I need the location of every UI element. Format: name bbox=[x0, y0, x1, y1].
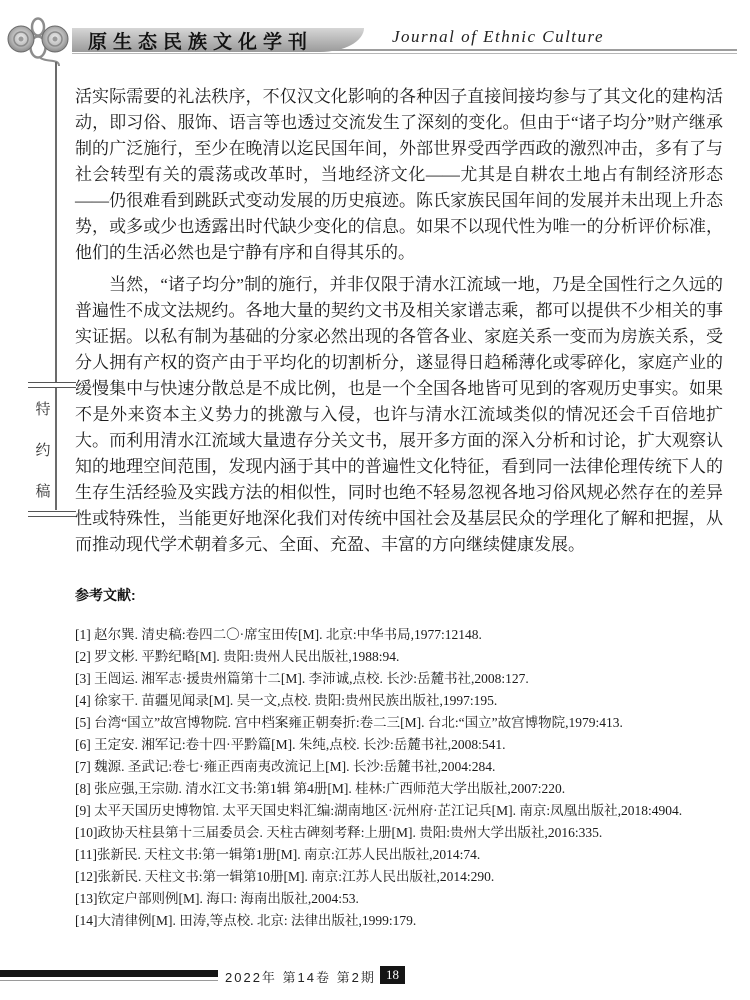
issue-info: 2022年 第14卷 第2期 bbox=[225, 967, 376, 986]
reference-item: [9] 太平天国历史博物馆. 太平天国史料汇编:湖南地区·沅州府·芷江记兵[M]… bbox=[75, 800, 725, 822]
reference-item: [14]大清律例[M]. 田涛,等点校. 北京: 法律出版社,1999:179. bbox=[75, 910, 725, 932]
column-label-char: 约 bbox=[28, 429, 58, 470]
column-label-text: 特 约 稿 bbox=[28, 388, 58, 511]
reference-item: [2] 罗文彬. 平黔纪略[M]. 贵阳:贵州人民出版社,1988:94. bbox=[75, 646, 725, 668]
column-label-char: 稿 bbox=[28, 470, 58, 511]
references-heading: 参考文献: bbox=[75, 585, 725, 605]
footer-bar-underline bbox=[0, 980, 218, 981]
journal-title-banner: 原生态民族文化学刊 bbox=[72, 28, 320, 52]
reference-item: [7] 魏源. 圣武记:卷七·雍正西南夷改流记上[M]. 长沙:岳麓书社,200… bbox=[75, 756, 725, 778]
references-section: 参考文献: [1] 赵尔巽. 清史稿:卷四二〇·席宝田传[M]. 北京:中华书局… bbox=[75, 585, 725, 932]
journal-title-zh: 原生态民族文化学刊 bbox=[88, 27, 313, 54]
reference-item: [11]张新民. 天柱文书:第一辑第1册[M]. 南京:江苏人民出版社,2014… bbox=[75, 844, 725, 866]
column-label-bottom-rule bbox=[28, 511, 76, 517]
reference-item: [12]张新民. 天柱文书:第一辑第10册[M]. 南京:江苏人民出版社,201… bbox=[75, 866, 725, 888]
reference-item: [13]钦定户部则例[M]. 海口: 海南出版社,2004:53. bbox=[75, 888, 725, 910]
reference-item: [1] 赵尔巽. 清史稿:卷四二〇·席宝田传[M]. 北京:中华书局,1977:… bbox=[75, 624, 725, 646]
journal-logo-icon bbox=[4, 16, 74, 68]
references-list: [1] 赵尔巽. 清史稿:卷四二〇·席宝田传[M]. 北京:中华书局,1977:… bbox=[75, 624, 725, 932]
reference-item: [5] 台湾“国立”故宫博物院. 宫中档案雍正朝奏折:卷二三[M]. 台北:“国… bbox=[75, 712, 725, 734]
reference-item: [6] 王定安. 湘军记:卷十四·平黔篇[M]. 朱纯,点校. 长沙:岳麓书社,… bbox=[75, 734, 725, 756]
column-label-char: 特 bbox=[28, 388, 58, 429]
reference-item: [3] 王闿运. 湘军志·援贵州篇第十二[M]. 李沛诚,点校. 长沙:岳麓书社… bbox=[75, 668, 725, 690]
page-number: 18 bbox=[380, 966, 405, 984]
reference-item: [10]政协天柱县第十三届委员会. 天柱古碑刻考释:上册[M]. 贵阳:贵州大学… bbox=[75, 822, 725, 844]
body-paragraph-1: 活实际需要的礼法秩序，不仅汉文化影响的各种因子直接间接均参与了其文化的建构活动，… bbox=[75, 84, 723, 266]
journal-page: 原生态民族文化学刊 Journal of Ethnic Culture 特 约 … bbox=[0, 0, 750, 1000]
reference-item: [8] 张应强,王宗勋. 清水江文书:第1辑 第4册[M]. 桂林:广西师范大学… bbox=[75, 778, 725, 800]
column-label-box: 特 约 稿 bbox=[28, 382, 76, 517]
article-body: 活实际需要的礼法秩序，不仅汉文化影响的各种因子直接间接均参与了其文化的建构活动，… bbox=[75, 84, 723, 558]
footer-bar bbox=[0, 970, 218, 977]
journal-title-en: Journal of Ethnic Culture bbox=[392, 27, 604, 47]
reference-item: [4] 徐家干. 苗疆见闻录[M]. 吴一文,点校. 贵阳:贵州民族出版社,19… bbox=[75, 690, 725, 712]
body-paragraph-2: 当然，“诸子均分”制的施行，并非仅限于清水江流域一地，乃是全国性行之久远的普遍性… bbox=[75, 272, 723, 558]
